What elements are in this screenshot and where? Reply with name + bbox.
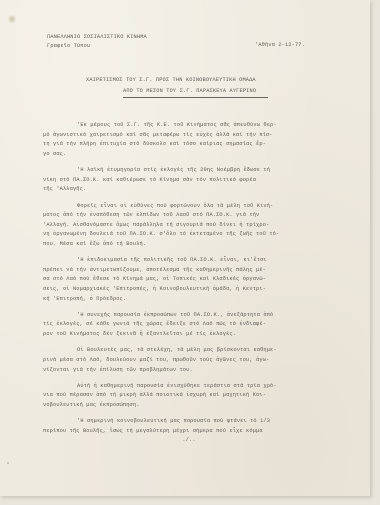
document-page: ΠΑΝΕΛΛΗΝΙΟ ΣΟΣΙΑΛΙΣΤΙΚΟ ΚΙΝΗΜΑ Γραφεῖο Τ… xyxy=(0,0,370,496)
text-line: που. Μέσα καί ἔξω ἀπό τή Βουλή. xyxy=(43,240,335,250)
paragraph: 'Η λαϊκή ἐτυμηγορία στίς ἐκλογές τῆς 20η… xyxy=(43,166,335,195)
text-line: σεις, οἱ Νομαρχιακές 'Επιτροπές, ἡ Κοινο… xyxy=(43,285,335,295)
text-line: μό ἀγωνιστικό χαιρετισμό καί σᾶς μεταφέρ… xyxy=(43,131,335,141)
text-line: ματος ἀπό τήν ἐναπόθεση τῶν ἐλπίδων τοῦ … xyxy=(43,211,335,221)
department-name: Γραφεῖο Τύπου xyxy=(47,42,147,51)
text-line: νη ὀργανωμένη δουλειά τοῦ ΠΑ.ΣΟ.Κ. σ'ὅλο… xyxy=(43,230,335,240)
letterhead: ΠΑΝΕΛΛΗΝΙΟ ΣΟΣΙΑΛΙΣΤΙΚΟ ΚΙΝΗΜΑ Γραφεῖο Τ… xyxy=(47,33,147,51)
text-line: σα στό Λαό πού ἔθεσε τό Κίνημά μας, οἱ Τ… xyxy=(43,275,335,285)
text-line: τίς ἐκλογές, σέ κάθε γωνιά τῆς χώρας ἔδε… xyxy=(43,320,335,330)
organization-name: ΠΑΝΕΛΛΗΝΙΟ ΣΟΣΙΑΛΙΣΤΙΚΟ ΚΙΝΗΜΑ xyxy=(47,33,147,42)
paragraph: 'Η ἐπιδοκιμασία τῆς πολιτικῆς τοῦ ΠΑ.ΣΟ.… xyxy=(43,256,335,304)
text-line: Αὐτή ἡ καθημερινή παρουσία ἐνισχύθηκε τε… xyxy=(43,382,335,392)
paragraph: 'Εκ μέρους τοῦ Σ.Γ. τῆς Κ.Ε. τοῦ Κινήματ… xyxy=(43,121,335,159)
document-date: 'Αθήνα 2-12-77. xyxy=(255,42,305,48)
text-line: κή 'Επιτροπή, ὁ Πρόεδρος. xyxy=(43,295,335,305)
continuation-mark: ./.. xyxy=(43,436,335,445)
text-line: νίκη στό ΠΑ.ΣΟ.Κ. καί καθιέρωσε τό Κίνημ… xyxy=(43,176,335,186)
document-body: 'Εκ μέρους τοῦ Σ.Γ. τῆς Κ.Ε. τοῦ Κινήματ… xyxy=(43,121,335,445)
text-line: νίζονται γιά τήν ἐπίλυση τῶν προβλημάτων… xyxy=(43,366,335,376)
title-line-1: ΧΑΙΡΕΤΙΣΜΟΣ ΤΟΥ Σ.Γ. ΠΡΟΣ ΤΗΝ ΚΟΙΝΟΒΟΥΛΕ… xyxy=(86,75,326,86)
text-line: 'Αλλαγή. Αἰσθανόμαστε ὅμως παράλληλα τή … xyxy=(43,221,335,231)
text-line: τῆς 'Αλλαγῆς. xyxy=(43,185,335,195)
text-line: ρον τοῦ Κινήματος δέν ξεκινᾶ ἤ ἐξαντλεῖτ… xyxy=(43,330,335,340)
paragraph: Αὐτή ἡ καθημερινή παρουσία ἐνισχύθηκε τε… xyxy=(43,382,335,411)
text-line: περίπου τῆς Βουλῆς, ἴσως τή μεγαλύτερη μ… xyxy=(43,427,335,437)
text-line: τη γιά τήν πλήρη ἐπιτυχία στό δύσκολο κα… xyxy=(43,140,335,150)
text-line: νοβουλευτική μας ἐκπροσώπηση. xyxy=(43,401,335,411)
title-line-2: ΑΠΟ ΤΟ ΜΕΣΟΝ ΤΟΥ Σ.Γ. ΠΑΡΑΣΚΕΥΑ ΑΥΓΕΡΙΝΟ xyxy=(123,86,268,98)
text-line: 'Η σημερινή κοινοβουλευτική μας παρουσία… xyxy=(43,417,335,427)
text-line: 'Η λαϊκή ἐτυμηγορία στίς ἐκλογές τῆς 20η… xyxy=(43,166,335,176)
paper-stain xyxy=(8,14,16,24)
paper-mark xyxy=(7,462,9,464)
text-line: 'Η ἐπιδοκιμασία τῆς πολιτικῆς τοῦ ΠΑ.ΣΟ.… xyxy=(43,256,335,266)
document-title: ΧΑΙΡΕΤΙΣΜΟΣ ΤΟΥ Σ.Γ. ΠΡΟΣ ΤΗΝ ΚΟΙΝΟΒΟΥΛΕ… xyxy=(86,75,326,98)
text-line: νια πού πέρασαν ἀπό τή μικρή ἀλλά ποιοτι… xyxy=(43,391,335,401)
paragraph: 'Η συνεχής παρουσία ἐκπροσώπων τοῦ ΠΑ.ΣΟ… xyxy=(43,311,335,340)
text-line: 'Εκ μέρους τοῦ Σ.Γ. τῆς Κ.Ε. τοῦ Κινήματ… xyxy=(43,121,335,131)
text-line: ρινά μέσα στό Λαό, δουλεύουν μαζί του, π… xyxy=(43,356,335,366)
text-line: πρέπει νά τήν ἀντιμετωπίζουμε, ἀποτέλεσμ… xyxy=(43,266,335,276)
paragraph: Φορεῖς εἶναι οἱ εὐθύνες πού φορτώνουν ὅλ… xyxy=(43,202,335,250)
text-line: 'Η συνεχής παρουσία ἐκπροσώπων τοῦ ΠΑ.ΣΟ… xyxy=(43,311,335,321)
paragraph: Οἱ Βουλευτές μας, τά στελέχη, τά μέλη μα… xyxy=(43,346,335,375)
text-line: Φορεῖς εἶναι οἱ εὐθύνες πού φορτώνουν ὅλ… xyxy=(43,202,335,212)
text-line: γο σας. xyxy=(43,150,335,160)
text-line: Οἱ Βουλευτές μας, τά στελέχη, τά μέλη μα… xyxy=(43,346,335,356)
paragraph: 'Η σημερινή κοινοβουλευτική μας παρουσία… xyxy=(43,417,335,445)
